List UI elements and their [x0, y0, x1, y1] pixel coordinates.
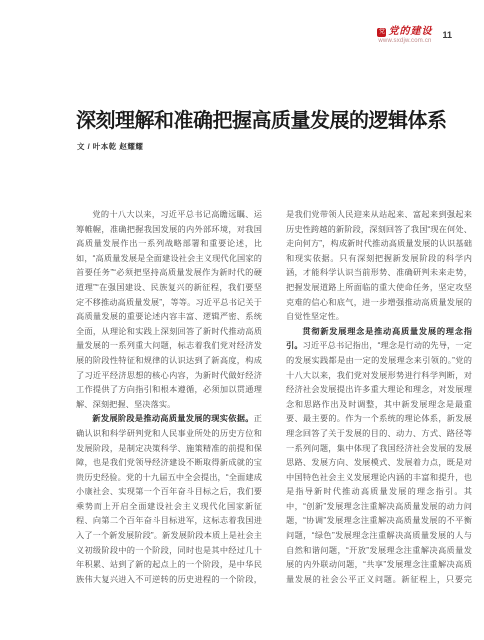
magazine-seal-icon: 党 [377, 28, 386, 37]
page-header: 党 党的建设 www.sxdjw.com.cn 11 [377, 27, 452, 44]
magazine-page: { "header": { "magazine_name": "党的建设", "… [0, 0, 484, 640]
article-byline: 文 / 叶本乾 赵耀耀 [77, 141, 143, 152]
page-number: 11 [442, 30, 452, 40]
paragraph: 党的十八大以来，习近平总书记高瞻远瞩、运筹帷幄，准确把握我国发展的内外部环境，对… [76, 208, 262, 412]
article-body: 党的十八大以来，习近平总书记高瞻远瞩、运筹帷幄，准确把握我国发展的内外部环境，对… [76, 208, 472, 592]
magazine-website: www.sxdjw.com.cn [378, 38, 431, 44]
paragraph-lead: 新发展阶段是推动高质量发展的现实依据。 [92, 414, 253, 423]
article-title: 深刻理解和准确把握高质量发展的逻辑体系 [76, 104, 456, 133]
magazine-name: 党的建设 [388, 27, 432, 37]
paragraph-text: 党的十八大以来，习近平总书记高瞻远瞩、运筹帷幄，准确把握我国发展的内外部环境，对… [76, 210, 262, 409]
magazine-masthead: 党 党的建设 www.sxdjw.com.cn [377, 27, 432, 44]
